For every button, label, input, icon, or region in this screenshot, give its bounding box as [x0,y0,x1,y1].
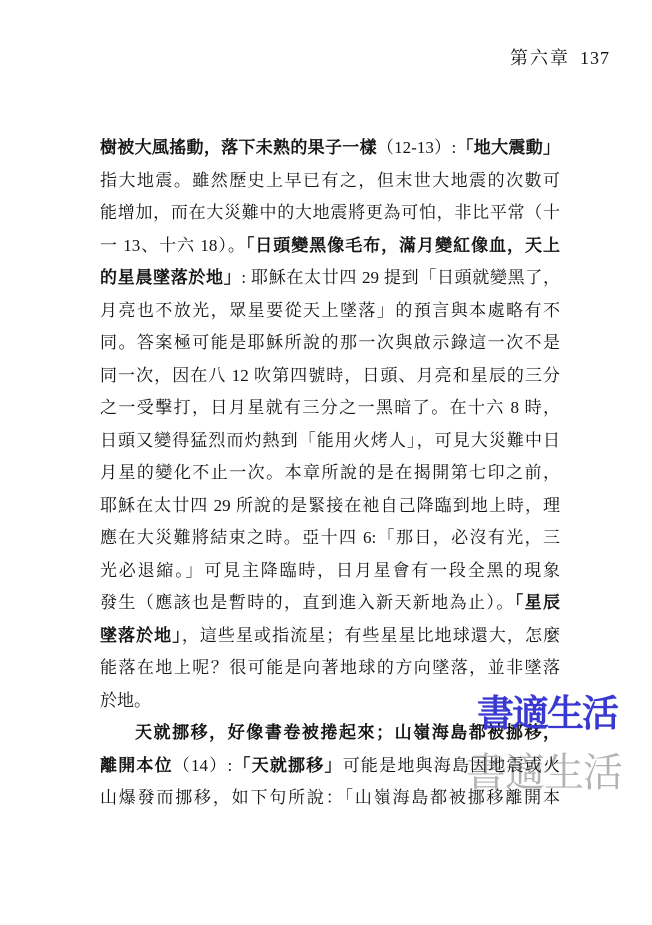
watermark-blue: 書適生活 [477,683,617,737]
text-segment-bold: 「日頭變黑像毛布，滿月變紅像血，天上 [246,236,560,255]
text-segment: 同。答案極可能是耶穌所說的那一次與啟示錄這一次不是 [100,333,560,352]
text-segment: 一 13、十六 18）。 [100,236,246,255]
text-segment: 應在大災難將結束之時。亞十四 6:「那日，必沒有光，三 [100,528,560,547]
text-segment-bold: 「地大震動」 [456,138,560,157]
text-segment: 同一次，因在八 12 吹第四號時，日頭、月亮和星辰的三分 [100,366,560,385]
text-segment: 可能是地與海島因地震或火 [343,756,560,775]
text-segment-bold: 的星晨墜落於地」 [100,268,241,287]
text-line: 發生（應該也是暫時的，直到進入新天新地為止）。「星辰 [100,587,560,620]
text-line: 月星的變化不止一次。本章所說的是在揭開第七印之前， [100,457,560,490]
text-line: 耶穌在太廿四 29 所說的是緊接在祂自己降臨到地上時，理 [100,490,560,523]
text-segment: （12-13）: [377,138,456,157]
text-line: 能落在地上呢？很可能是向著地球的方向墜落，並非墜落 [100,652,560,685]
text-segment: ，這些星或指流星；有些星星比地球還大，怎麼 [182,626,560,645]
text-segment-bold: 離開本位 [100,756,173,775]
text-line: 離開本位（14）:「天就挪移」可能是地與海島因地震或火 [100,750,560,783]
page-number: 137 [580,48,610,68]
page-header: 第六章137 [510,44,610,70]
text-line: 的星晨墜落於地」: 耶穌在太廿四 29 提到「日頭就變黑了， [100,262,560,295]
text-segment: 光必退縮。」可見主降臨時，日月星會有一段全黑的現象 [100,561,560,580]
text-segment: 月亮也不放光，眾星要從天上墜落」的預言與本處略有不 [100,301,560,320]
text-line: 同一次，因在八 12 吹第四號時，日頭、月亮和星辰的三分 [100,360,560,393]
text-segment-bold: 「天就挪移」 [232,756,342,775]
text-segment: 耶穌在太廿四 29 所說的是緊接在祂自己降臨到地上時，理 [100,496,560,515]
text-segment-bold: 樹被大風搖動，落下未熟的果子一樣 [100,138,377,157]
text-segment: 山爆發而挪移，如下句所說：「山嶺海島都被挪移離開本 [100,788,560,807]
chapter-label: 第六章 [510,48,570,68]
text-line: 能增加，而在大災難中的大地震將更為可怕，非比平常（十 [100,197,560,230]
text-segment: 月星的變化不止一次。本章所說的是在揭開第七印之前， [100,463,560,482]
text-line: 之一受擊打，日月星就有三分之一黑暗了。在十六 8 時， [100,392,560,425]
text-line: 樹被大風搖動，落下未熟的果子一樣（12-13）:「地大震動」 [100,132,560,165]
text-segment: 發生（應該也是暫時的，直到進入新天新地為止）。 [100,593,515,612]
text-segment-bold: 墜落於地」 [100,626,182,645]
text-line: 光必退縮。」可見主降臨時，日月星會有一段全黑的現象 [100,555,560,588]
text-segment: : 耶穌在太廿四 29 提到「日頭就變黑了， [241,268,560,287]
text-segment: 能增加，而在大災難中的大地震將更為可怕，非比平常（十 [100,203,560,222]
text-line: 指大地震。雖然歷史上早已有之，但末世大地震的次數可 [100,165,560,198]
text-line: 一 13、十六 18）。「日頭變黑像毛布，滿月變紅像血，天上 [100,230,560,263]
text-segment-bold: 「星辰 [515,593,560,612]
text-line: 月亮也不放光，眾星要從天上墜落」的預言與本處略有不 [100,295,560,328]
text-line: 墜落於地」，這些星或指流星；有些星星比地球還大，怎麼 [100,620,560,653]
text-line: 日頭又變得猛烈而灼熱到「能用火烤人」，可見大災難中日 [100,425,560,458]
text-segment: 能落在地上呢？很可能是向著地球的方向墜落，並非墜落 [100,658,560,677]
text-line: 同。答案極可能是耶穌所說的那一次與啟示錄這一次不是 [100,327,560,360]
text-line: 應在大災難將結束之時。亞十四 6:「那日，必沒有光，三 [100,522,560,555]
text-segment: 指大地震。雖然歷史上早已有之，但末世大地震的次數可 [100,171,560,190]
text-segment: （14）: [173,756,232,775]
text-line: 山爆發而挪移，如下句所說：「山嶺海島都被挪移離開本 [100,782,560,815]
text-segment: 於地。 [100,691,151,710]
text-segment: 之一受擊打，日月星就有三分之一黑暗了。在十六 8 時， [100,398,560,417]
text-segment: 日頭又變得猛烈而灼熱到「能用火烤人」，可見大災難中日 [100,431,560,450]
